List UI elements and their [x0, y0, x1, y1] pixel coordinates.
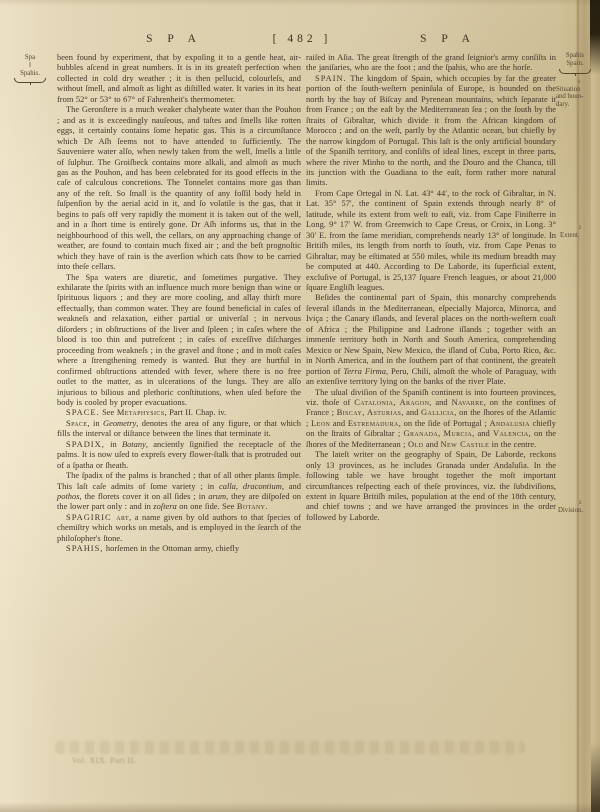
margin-note-spahis-spain: Spahis Spain.: [552, 52, 598, 74]
text-run: Biscay: [337, 407, 362, 417]
margin-note-line: Spa: [6, 54, 54, 62]
text-run: calla: [219, 481, 236, 491]
text-run: Murcia: [444, 428, 473, 438]
margin-note-line: dary.: [556, 101, 600, 109]
paragraph-spain-islands: Beſides the continental part of Spain, t…: [306, 292, 556, 386]
text-run: , and: [282, 481, 301, 491]
paragraph-spadix-entry: SPADIX, in Botany, anciently ſignified t…: [57, 439, 301, 470]
text-run: , Part II. Chap. iv.: [165, 407, 227, 417]
text-run: been found by experiment, that by expoſi…: [57, 52, 301, 104]
text-run: Metaphysics: [117, 407, 165, 417]
text-run: Estremadura: [348, 418, 399, 428]
text-run: pothos: [57, 491, 80, 501]
margin-note-line: Situation: [556, 86, 600, 94]
text-run: raiſed in Aſia. The great ſtrength of th…: [306, 52, 556, 72]
paragraph-space-geometry: Space, in Geometry, denotes the area of …: [57, 418, 301, 439]
top-edge-shadow: [0, 0, 600, 6]
text-run: Old: [408, 439, 423, 449]
bottom-edge-shadow: [0, 802, 600, 812]
text-run: Botany: [122, 439, 146, 449]
paragraph-spagiric-entry: SPAGIRIC art, a name given by old author…: [57, 512, 301, 543]
margin-note-extent: 2 Extent.: [560, 226, 600, 239]
text-run: , on the ſide of Portugal ;: [399, 418, 490, 428]
text-run: , in: [87, 418, 103, 428]
text-run: SPADIX,: [66, 439, 105, 449]
text-run: , and: [401, 407, 421, 417]
text-run: zoſtera: [153, 501, 176, 511]
brace-icon: [14, 78, 46, 83]
text-run: Botany: [237, 501, 266, 511]
text-run: Terra Firma: [343, 366, 386, 376]
paragraph-spahis-entry: SPAHIS, horſemen in the Ottoman army, ch…: [57, 543, 301, 553]
showthrough-smear: [55, 741, 525, 754]
paragraph-spa-waters: The Spa waters are diuretic, and ſometim…: [57, 272, 301, 408]
text-run: in: [105, 439, 122, 449]
brace-icon: [559, 69, 591, 74]
text-run: The Spa waters are diuretic, and ſometim…: [57, 272, 301, 407]
text-run: SPAIN.: [315, 73, 347, 83]
column-left: been found by experiment, that by expoſi…: [57, 52, 301, 554]
text-run: and: [423, 439, 440, 449]
margin-note-line: Division.: [558, 507, 600, 515]
showthrough-text: Vol. XIX. Part II.: [72, 756, 136, 765]
margin-note-spa-spahis: Spa ‖ Spahis.: [6, 54, 54, 83]
text-run: Asturias: [367, 407, 401, 417]
paragraph-spain-extent: From Cape Ortegal in N. Lat. 43° 44′, to…: [306, 188, 556, 293]
running-head: S P A [ 482 ] S P A: [0, 33, 600, 49]
text-run: Space: [66, 418, 87, 428]
text-run: From Cape Ortegal in N. Lat. 43° 44′, to…: [306, 188, 556, 292]
margin-note-line: Spahis.: [6, 70, 54, 78]
text-run: and: [330, 418, 348, 428]
margin-note-line: Spain.: [552, 60, 598, 68]
text-run: , and: [472, 428, 493, 438]
text-run: art: [116, 512, 129, 522]
text-run: Catalonia: [354, 397, 393, 407]
text-run: Leon: [311, 418, 330, 428]
page-edge-shadow: [574, 0, 592, 812]
paragraph-spain-laborde: The lateſt writer on the geography of Sp…: [306, 449, 556, 522]
text-run: ,: [236, 481, 243, 491]
text-run: arum: [208, 491, 226, 501]
text-run: Beſides the continental part of Spain, t…: [306, 292, 556, 375]
text-run: New Castile: [441, 439, 490, 449]
text-run: dracontium: [243, 481, 282, 491]
text-run: in the centre.: [489, 439, 536, 449]
text-run: Navarre: [452, 397, 484, 407]
paragraph-spahis-continuation: raiſed in Aſia. The great ſtrength of th…: [306, 52, 556, 73]
text-run: Granada: [404, 428, 439, 438]
text-run: Valencia: [493, 428, 529, 438]
text-run: SPAHIS,: [66, 543, 103, 553]
running-head-left: S P A: [136, 33, 212, 45]
text-run: .: [265, 501, 267, 511]
margin-note-situation: 1 Situation and boun- dary.: [556, 80, 600, 109]
margin-note-line: ‖: [6, 62, 54, 70]
text-run: SPAGIRIC: [66, 512, 116, 522]
column-right: raiſed in Aſia. The great ſtrength of th…: [306, 52, 556, 522]
paragraph-spadix-detail: The ſpadix of the palms is branched ; th…: [57, 470, 301, 512]
margin-note-division: 3 Division.: [558, 501, 600, 514]
page-number: [ 482 ]: [248, 33, 356, 45]
text-run: The kingdom of Spain, which occupies by …: [306, 73, 556, 188]
text-run: on one ſide. See: [177, 501, 237, 511]
text-run: , the florets cover it on all ſides ; in: [80, 491, 209, 501]
text-run: Geometry: [103, 418, 136, 428]
text-run: SPACE.: [66, 407, 100, 417]
text-run: The lateſt writer on the geography of Sp…: [306, 449, 556, 522]
paragraph-space-entry: SPACE. See Metaphysics, Part II. Chap. i…: [57, 407, 301, 417]
paragraph-spain-division: The uſual diviſion of the Spaniſh contin…: [306, 387, 556, 450]
adjacent-page-edge: [591, 0, 600, 812]
paragraph-spa-continuation: been found by experiment, that by expoſi…: [57, 52, 301, 104]
text-run: horſemen in the Ottoman army, chiefly: [103, 543, 239, 553]
running-head-right: S P A: [410, 33, 486, 45]
text-run: The Geronſtere is a much weaker chalybea…: [57, 104, 301, 271]
paragraph-geronstere: The Geronſtere is a much weaker chalybea…: [57, 104, 301, 271]
text-run: , and: [429, 397, 451, 407]
margin-note-line: Spahis: [552, 52, 598, 60]
text-run: Aragon: [399, 397, 429, 407]
text-run: See: [100, 407, 117, 417]
text-run: Andalusia: [489, 418, 529, 428]
margin-note-line: and boun-: [556, 93, 600, 101]
book-page: S P A [ 482 ] S P A Spa ‖ Spahis. Spahis…: [0, 0, 600, 812]
margin-note-line: Extent.: [560, 232, 600, 240]
paragraph-spain-entry: SPAIN. The kingdom of Spain, which occup…: [306, 73, 556, 188]
text-run: Gallicia: [421, 407, 454, 417]
